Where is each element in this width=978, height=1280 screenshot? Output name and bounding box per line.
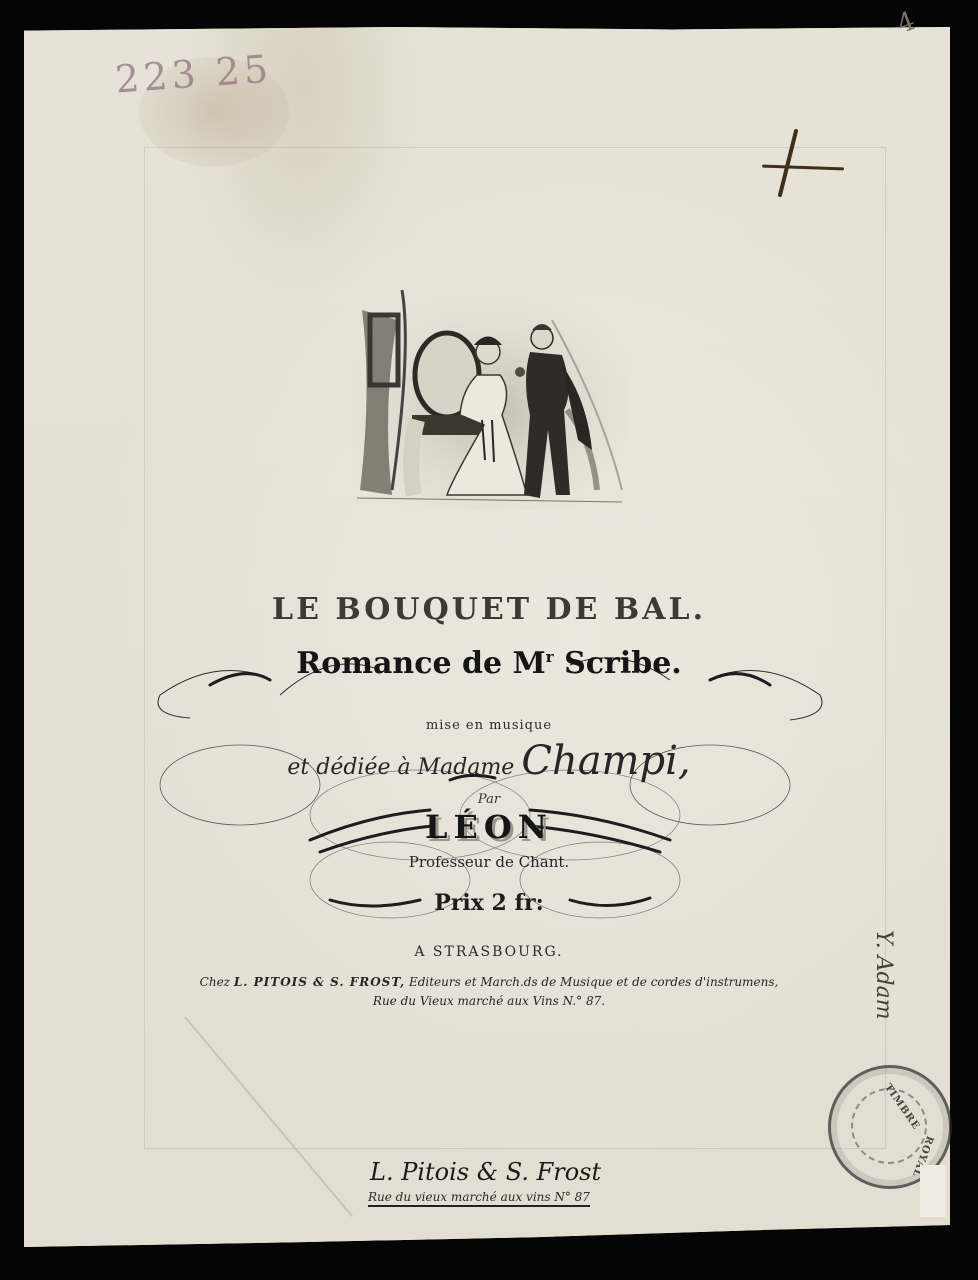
publisher-line: Chez L. PITOIS & S. FROST, Editeurs et M… (0, 975, 978, 989)
lithograph-illustration-couple (352, 290, 628, 510)
par-text: Par (0, 792, 978, 807)
city-text: A STRASBOURG. (0, 944, 978, 960)
romance-superscript: r (546, 648, 554, 666)
composer-name: LÉON (0, 808, 978, 846)
romance-subtitle: Romance de Mr Scribe. (0, 646, 978, 681)
margin-pencil-note: Y. Adam (871, 930, 896, 1020)
main-title: LE BOUQUET DE BAL. (0, 592, 978, 627)
dedicatee-name: Champi, (521, 738, 690, 784)
publisher-description: Editeurs et March.ds de Musique et de co… (409, 975, 778, 989)
couple-with-bouquet-icon (352, 290, 628, 510)
price-text: Prix 2 fr: (0, 890, 978, 916)
publisher-prefix: Chez (200, 975, 230, 989)
composer-title: Professeur de Chant. (0, 853, 978, 871)
mise-en-musique-text: mise en musique (0, 718, 978, 733)
romance-prefix: Romance de M (296, 646, 545, 681)
lyricist-name: Scribe. (564, 646, 682, 681)
handwritten-signature: L. Pitois & S. Frost (370, 1158, 601, 1186)
publisher-address: Rue du Vieux marché aux Vins N.° 87. (0, 994, 978, 1008)
paper-sheet (24, 27, 950, 1247)
handwritten-address: Rue du vieux marché aux vins N° 87 (368, 1190, 590, 1207)
dedication-text: et dédiée à Madame (287, 755, 514, 780)
publisher-names: L. PITOIS & S. FROST, (234, 975, 405, 989)
dedication-line: et dédiée à Madame Champi, (0, 738, 978, 784)
paper-tab-strip (920, 1165, 946, 1217)
